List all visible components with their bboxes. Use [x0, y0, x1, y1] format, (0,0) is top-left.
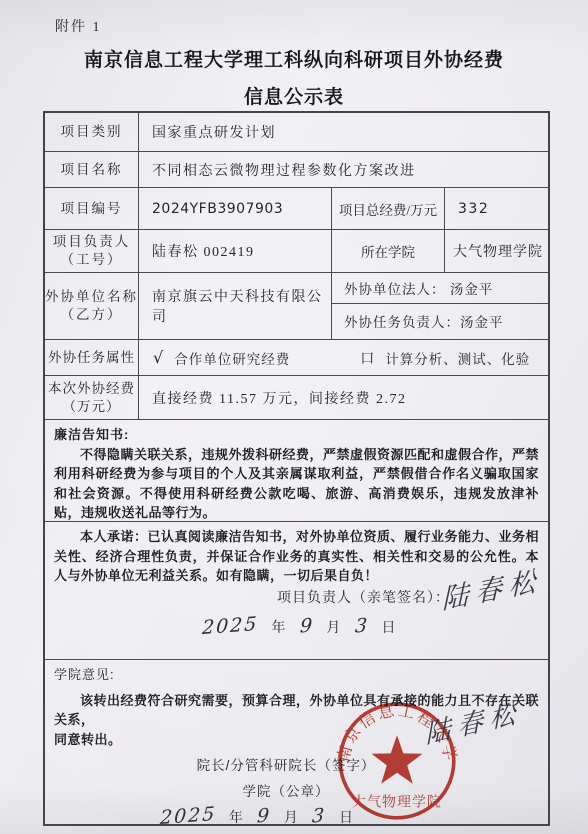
integrity-notice: 廉洁告知书: 不得隐瞒关联关系，违规外拨科研经费，严禁虚假资源匹配和虚假合作，严… — [45, 420, 548, 521]
legal-representative: 外协单位法人： 汤金平 — [332, 273, 548, 304]
integrity-notice-body: 不得隐瞒关联关系，违规外拨科研经费，严禁虚假资源匹配和虚假合作，严禁利用科研经费… — [54, 445, 539, 523]
project-leader-value: 陆春松 002419 — [139, 230, 332, 272]
college-label: 所在学院 — [332, 230, 445, 272]
integrity-notice-heading: 廉洁告知书: — [54, 425, 539, 445]
college-seal-line: 学院（公章） — [86, 779, 486, 805]
project-leader-label: 项目负责人 （工号） — [45, 230, 139, 272]
option-analysis-testing: 计算分析、测试、化验 — [385, 348, 530, 368]
checkmark-icon: √ — [153, 348, 164, 367]
project-number-label: 项目编号 — [45, 188, 139, 229]
row-project-leader: 项目负责人 （工号） 陆春松 002419 所在学院 大气物理学院 — [45, 230, 548, 273]
handwritten-month: 9 — [257, 806, 272, 827]
row-project-category: 项目类别 国家重点研发计划 — [45, 113, 548, 152]
project-category-label: 项目类别 — [45, 113, 139, 151]
handwritten-year: 2025 — [159, 805, 217, 829]
form-title: 南京信息工程大学理工科纵向科研项目外协经费 信息公示表 — [0, 42, 588, 116]
dean-signature-line: 院长/分管科研院长（签字） — [86, 753, 486, 779]
partner-unit-value: 南京旗云中天科技有限公司 — [139, 273, 332, 339]
college-opinion-heading: 学院意见: — [54, 665, 539, 685]
project-name-value: 不同相态云微物理过程参数化方案改进 — [139, 152, 548, 187]
college-opinion: 学院意见: 该转出经费符合研究需要，预算合理，外协单位具有承接的能力且不存在关联… — [45, 660, 548, 828]
option-cooperative-research-funds: 合作单位研究经费 — [174, 348, 290, 368]
total-budget-value: 332 — [445, 188, 552, 229]
project-number-value: 2024YFB3907903 — [139, 188, 332, 229]
scanned-form-page: 附件 1 南京信息工程大学理工科纵向科研项目外协经费 信息公示表 项目类别 国家… — [0, 0, 588, 834]
handwritten-month: 9 — [299, 616, 314, 637]
total-budget-label: 项目总经费/万元 — [332, 188, 445, 229]
partner-unit-label: 外协单位名称 （乙方） — [45, 273, 139, 339]
row-partner-unit: 外协单位名称 （乙方） 南京旗云中天科技有限公司 外协单位法人： 汤金平 外协任… — [45, 273, 548, 340]
current-funding-value: 直接经费 11.57 万元，间接经费 2.72 — [139, 376, 548, 419]
project-category-value: 国家重点研发计划 — [139, 113, 548, 151]
college-value: 大气物理学院 — [445, 230, 552, 272]
college-opinion-date: 2025 年 9 月 3 日 — [54, 807, 454, 829]
row-project-number: 项目编号 2024YFB3907903 项目总经费/万元 332 — [45, 188, 548, 230]
handwritten-day: 3 — [354, 616, 369, 637]
row-college-opinion: 学院意见: 该转出经费符合研究需要，预算合理，外协单位具有承接的能力且不存在关联… — [45, 660, 548, 828]
task-attribute-value: √ 合作单位研究经费 口 计算分析、测试、化验 — [139, 340, 548, 375]
row-task-attribute: 外协任务属性 √ 合作单位研究经费 口 计算分析、测试、化验 — [45, 340, 548, 376]
attachment-label: 附件 1 — [55, 16, 102, 36]
row-integrity-notice: 廉洁告知书: 不得隐瞒关联关系，违规外拨科研经费，严禁虚假资源匹配和虚假合作，严… — [45, 420, 548, 522]
task-attribute-label: 外协任务属性 — [45, 340, 139, 375]
empty-checkbox-icon: 口 — [360, 348, 375, 368]
task-leader: 外协任务负责人：汤金平 — [332, 304, 548, 337]
commitment-date: 2025 年 9 月 3 日 — [54, 617, 539, 639]
form-title-line1: 南京信息工程大学理工科纵向科研项目外协经费 — [0, 42, 588, 79]
row-project-name: 项目名称 不同相态云微物理过程参数化方案改进 — [45, 152, 548, 188]
handwritten-year: 2025 — [202, 615, 260, 639]
handwritten-day: 3 — [312, 806, 327, 827]
project-name-label: 项目名称 — [45, 152, 139, 187]
partner-contacts: 外协单位法人： 汤金平 外协任务负责人：汤金平 — [332, 273, 548, 339]
current-funding-label: 本次外协经费 （万元） — [45, 376, 139, 419]
row-current-funding: 本次外协经费 （万元） 直接经费 11.57 万元，间接经费 2.72 — [45, 376, 548, 420]
